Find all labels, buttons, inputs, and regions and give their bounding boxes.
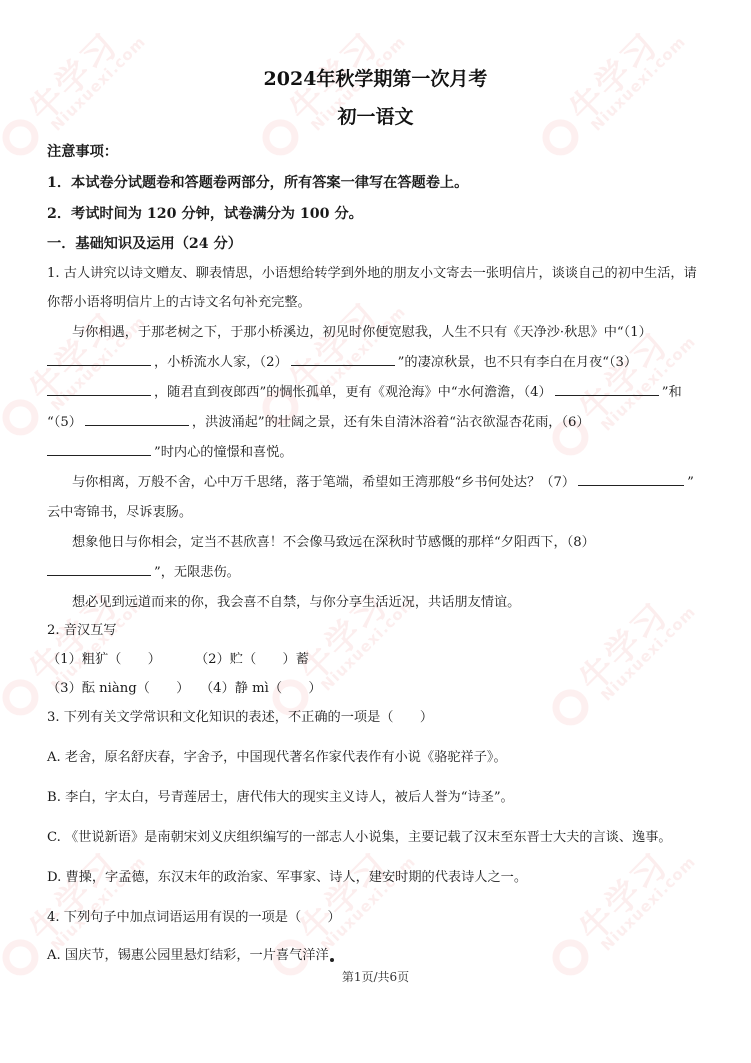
answer-blank-2[interactable]: [291, 353, 395, 366]
note-item: 1．本试卷分试题卷和答题卷两部分，所有答案一律写在答题卷上。: [47, 172, 468, 192]
pinyin-item: （4）静 mì（ ）: [200, 677, 322, 696]
passage-line: 云中寄锦书，尽诉衷肠。: [47, 501, 192, 520]
pinyin-item: （2）贮（ ）蓄: [195, 648, 309, 667]
pinyin-item: （1）粗犷（ ）: [47, 648, 161, 667]
passage-line: “（5），洪波涌起”的壮阔之景，还有朱自清沐浴着“沾衣欲湿杏花雨，（6）: [47, 411, 590, 430]
answer-blank-4[interactable]: [555, 383, 659, 396]
exam-title: 2024年秋学期第一次月考: [0, 64, 751, 91]
answer-blank-6[interactable]: [47, 443, 151, 456]
answer-blank-8[interactable]: [47, 563, 151, 576]
page-indicator: 第1页/共6页: [0, 968, 751, 985]
question-1-stem: 1. 古人讲究以诗文赠友、聊表情思，小语想给转学到外地的朋友小文寄去一张明信片，…: [47, 262, 697, 281]
question-1-stem: 你帮小语将明信片上的古诗文名句补充完整。: [47, 291, 311, 310]
period-mark: [330, 958, 334, 962]
question-3-stem: 3. 下列有关文学常识和文化知识的表述，不正确的一项是（ ）: [47, 706, 433, 725]
section-heading: 一．基础知识及运用（24 分）: [47, 233, 242, 253]
exam-page: 2024年秋学期第一次月考 初一语文 注意事项： 1．本试卷分试题卷和答题卷两部…: [0, 0, 751, 1063]
passage-line: ”，无限悲伤。: [47, 561, 240, 580]
pinyin-item: （3）酝 niàng（ ）: [47, 677, 189, 696]
answer-blank-7[interactable]: [578, 473, 684, 486]
passage-line: 想必见到远道而来的你，我会喜不自禁，与你分享生活近况，共话朋友情谊。: [72, 591, 520, 610]
answer-blank-5[interactable]: [85, 413, 189, 426]
passage-line: 想象他日与你相会，定当不甚欣喜！不会像马致远在深秋时节感慨的那样“夕阳西下，（8…: [72, 531, 595, 550]
option-b: B. 李白，字太白，号青莲居士，唐代伟大的现实主义诗人，被后人誉为“诗圣”。: [47, 786, 514, 805]
notes-heading: 注意事项：: [47, 141, 118, 161]
passage-line: 与你相遇，于那老树之下，于那小桥溪边，初见时你便宽慰我，人生不只有《天净沙·秋思…: [72, 321, 652, 340]
answer-blank-1[interactable]: [47, 353, 151, 366]
option-c: C. 《世说新语》是南朝宋刘义庆组织编写的一部志人小说集，主要记载了汉末至东晋士…: [47, 826, 672, 845]
option-d: D. 曹操，字孟德，东汉末年的政治家、军事家、诗人，建安时期的代表诗人之一。: [47, 866, 527, 885]
exam-subject: 初一语文: [0, 102, 751, 129]
passage-line: 与你相离，万般不舍，心中万千思绪，落于笔端，希望如王湾那般“乡书何处达？（7）”: [72, 471, 694, 490]
note-item: 2．考试时间为 120 分钟，试卷满分为 100 分。: [47, 203, 363, 223]
passage-line: ”时内心的憧憬和喜悦。: [47, 441, 293, 460]
question-2-stem: 2. 音汉互写: [47, 619, 117, 638]
passage-line: ，小桥流水人家，（2）”的凄凉秋景，也不只有李白在月夜“（3）: [47, 351, 637, 370]
option-a: A. 老舍，原名舒庆春，字舍予，中国现代著名作家代表作有小说《骆驼祥子》。: [47, 746, 507, 765]
passage-line: ，随君直到夜郎西”的惆怅孤单，更有《观沧海》中“水何澹澹，（4）”和: [47, 381, 682, 400]
question-4-stem: 4. 下列句子中加点词语运用有误的一项是（ ）: [47, 906, 341, 925]
answer-blank-3[interactable]: [47, 383, 151, 396]
option-a: A. 国庆节，锡惠公园里悬灯结彩，一片喜气洋洋: [47, 944, 334, 963]
